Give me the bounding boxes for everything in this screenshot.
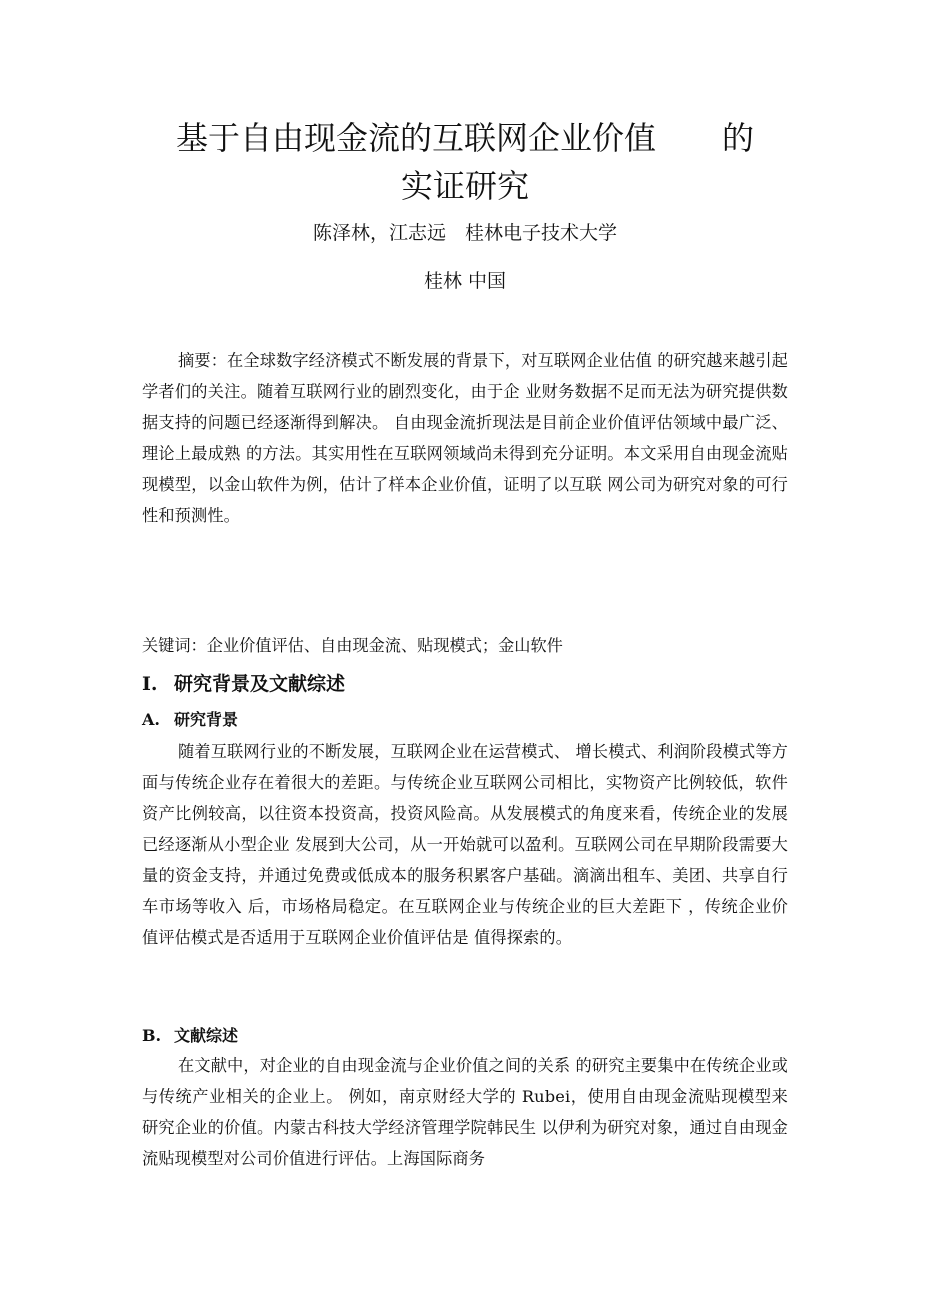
subsection-title: 文献综述	[174, 1026, 238, 1045]
subsection-heading-b: B.文献综述	[142, 1024, 238, 1048]
affiliation-location: 桂林 中国	[140, 268, 790, 294]
paper-title-part-2: 的	[722, 119, 754, 157]
paper-title-part-1: 基于自由现金流的互联网企业价值	[176, 119, 656, 157]
subsection-number: B.	[142, 1024, 174, 1048]
subsection-number: A.	[142, 708, 174, 732]
literature-review-paragraph: 在文献中，对企业的自由现金流与企业价值之间的关系 的研究主要集中在传统企业或与传…	[142, 1050, 788, 1174]
section-heading-1: I.研究背景及文献综述	[142, 670, 345, 698]
paper-page: 基于自由现金流的互联网企业价值的 实证研究 陈泽林，江志远 桂林电子技术大学 桂…	[0, 0, 926, 1309]
section-number: I.	[142, 670, 174, 698]
authors-affiliation: 陈泽林，江志远 桂林电子技术大学	[140, 220, 790, 246]
research-background-paragraph: 随着互联网行业的不断发展，互联网企业在运营模式、 增长模式、利润阶段模式等方面与…	[142, 736, 788, 953]
section-title: 研究背景及文献综述	[174, 673, 345, 695]
keywords: 关键词：企业价值评估、自由现金流、贴现模式；金山软件	[142, 633, 563, 659]
subsection-title: 研究背景	[174, 710, 238, 729]
paper-title-line-2: 实证研究	[140, 166, 790, 206]
paragraph-text: 在文献中，对企业的自由现金流与企业价值之间的关系 的研究主要集中在传统企业或与传…	[142, 1056, 788, 1168]
abstract-text: 摘要：在全球数字经济模式不断发展的背景下，对互联网企业估值 的研究越来越引起学者…	[142, 351, 788, 525]
subsection-heading-a: A.研究背景	[142, 708, 238, 732]
paragraph-text: 随着互联网行业的不断发展，互联网企业在运营模式、 增长模式、利润阶段模式等方面与…	[142, 742, 788, 947]
abstract: 摘要：在全球数字经济模式不断发展的背景下，对互联网企业估值 的研究越来越引起学者…	[142, 345, 788, 531]
paper-title-line-1: 基于自由现金流的互联网企业价值的	[140, 118, 790, 158]
